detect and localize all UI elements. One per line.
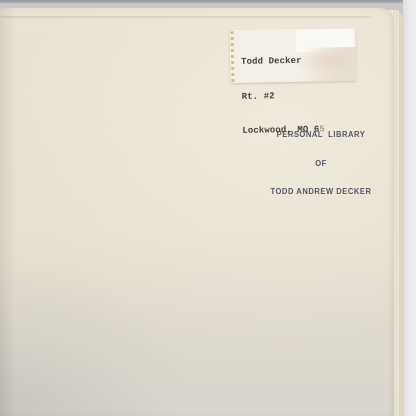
- page-top-edge-shadow: [0, 16, 372, 19]
- book-flyleaf-photo: Todd Decker Rt. #2 Lockwood, MO 65 PERSO…: [0, 0, 416, 416]
- stamp-line-2: OF: [263, 159, 379, 169]
- address-label: Todd Decker Rt. #2 Lockwood, MO 65: [230, 28, 357, 83]
- label-perforation-strip: [231, 31, 235, 82]
- book-flyleaf-page: Todd Decker Rt. #2 Lockwood, MO 65 PERSO…: [0, 8, 394, 416]
- personal-library-stamp: PERSONAL LIBRARY OF TODD ANDREW DECKER: [263, 111, 379, 216]
- stamp-line-1: PERSONAL LIBRARY: [263, 130, 379, 140]
- address-line-route: Rt. #2: [242, 90, 325, 103]
- address-line-name: Todd Decker: [241, 55, 324, 68]
- stamp-line-3: TODD ANDREW DECKER: [263, 187, 379, 197]
